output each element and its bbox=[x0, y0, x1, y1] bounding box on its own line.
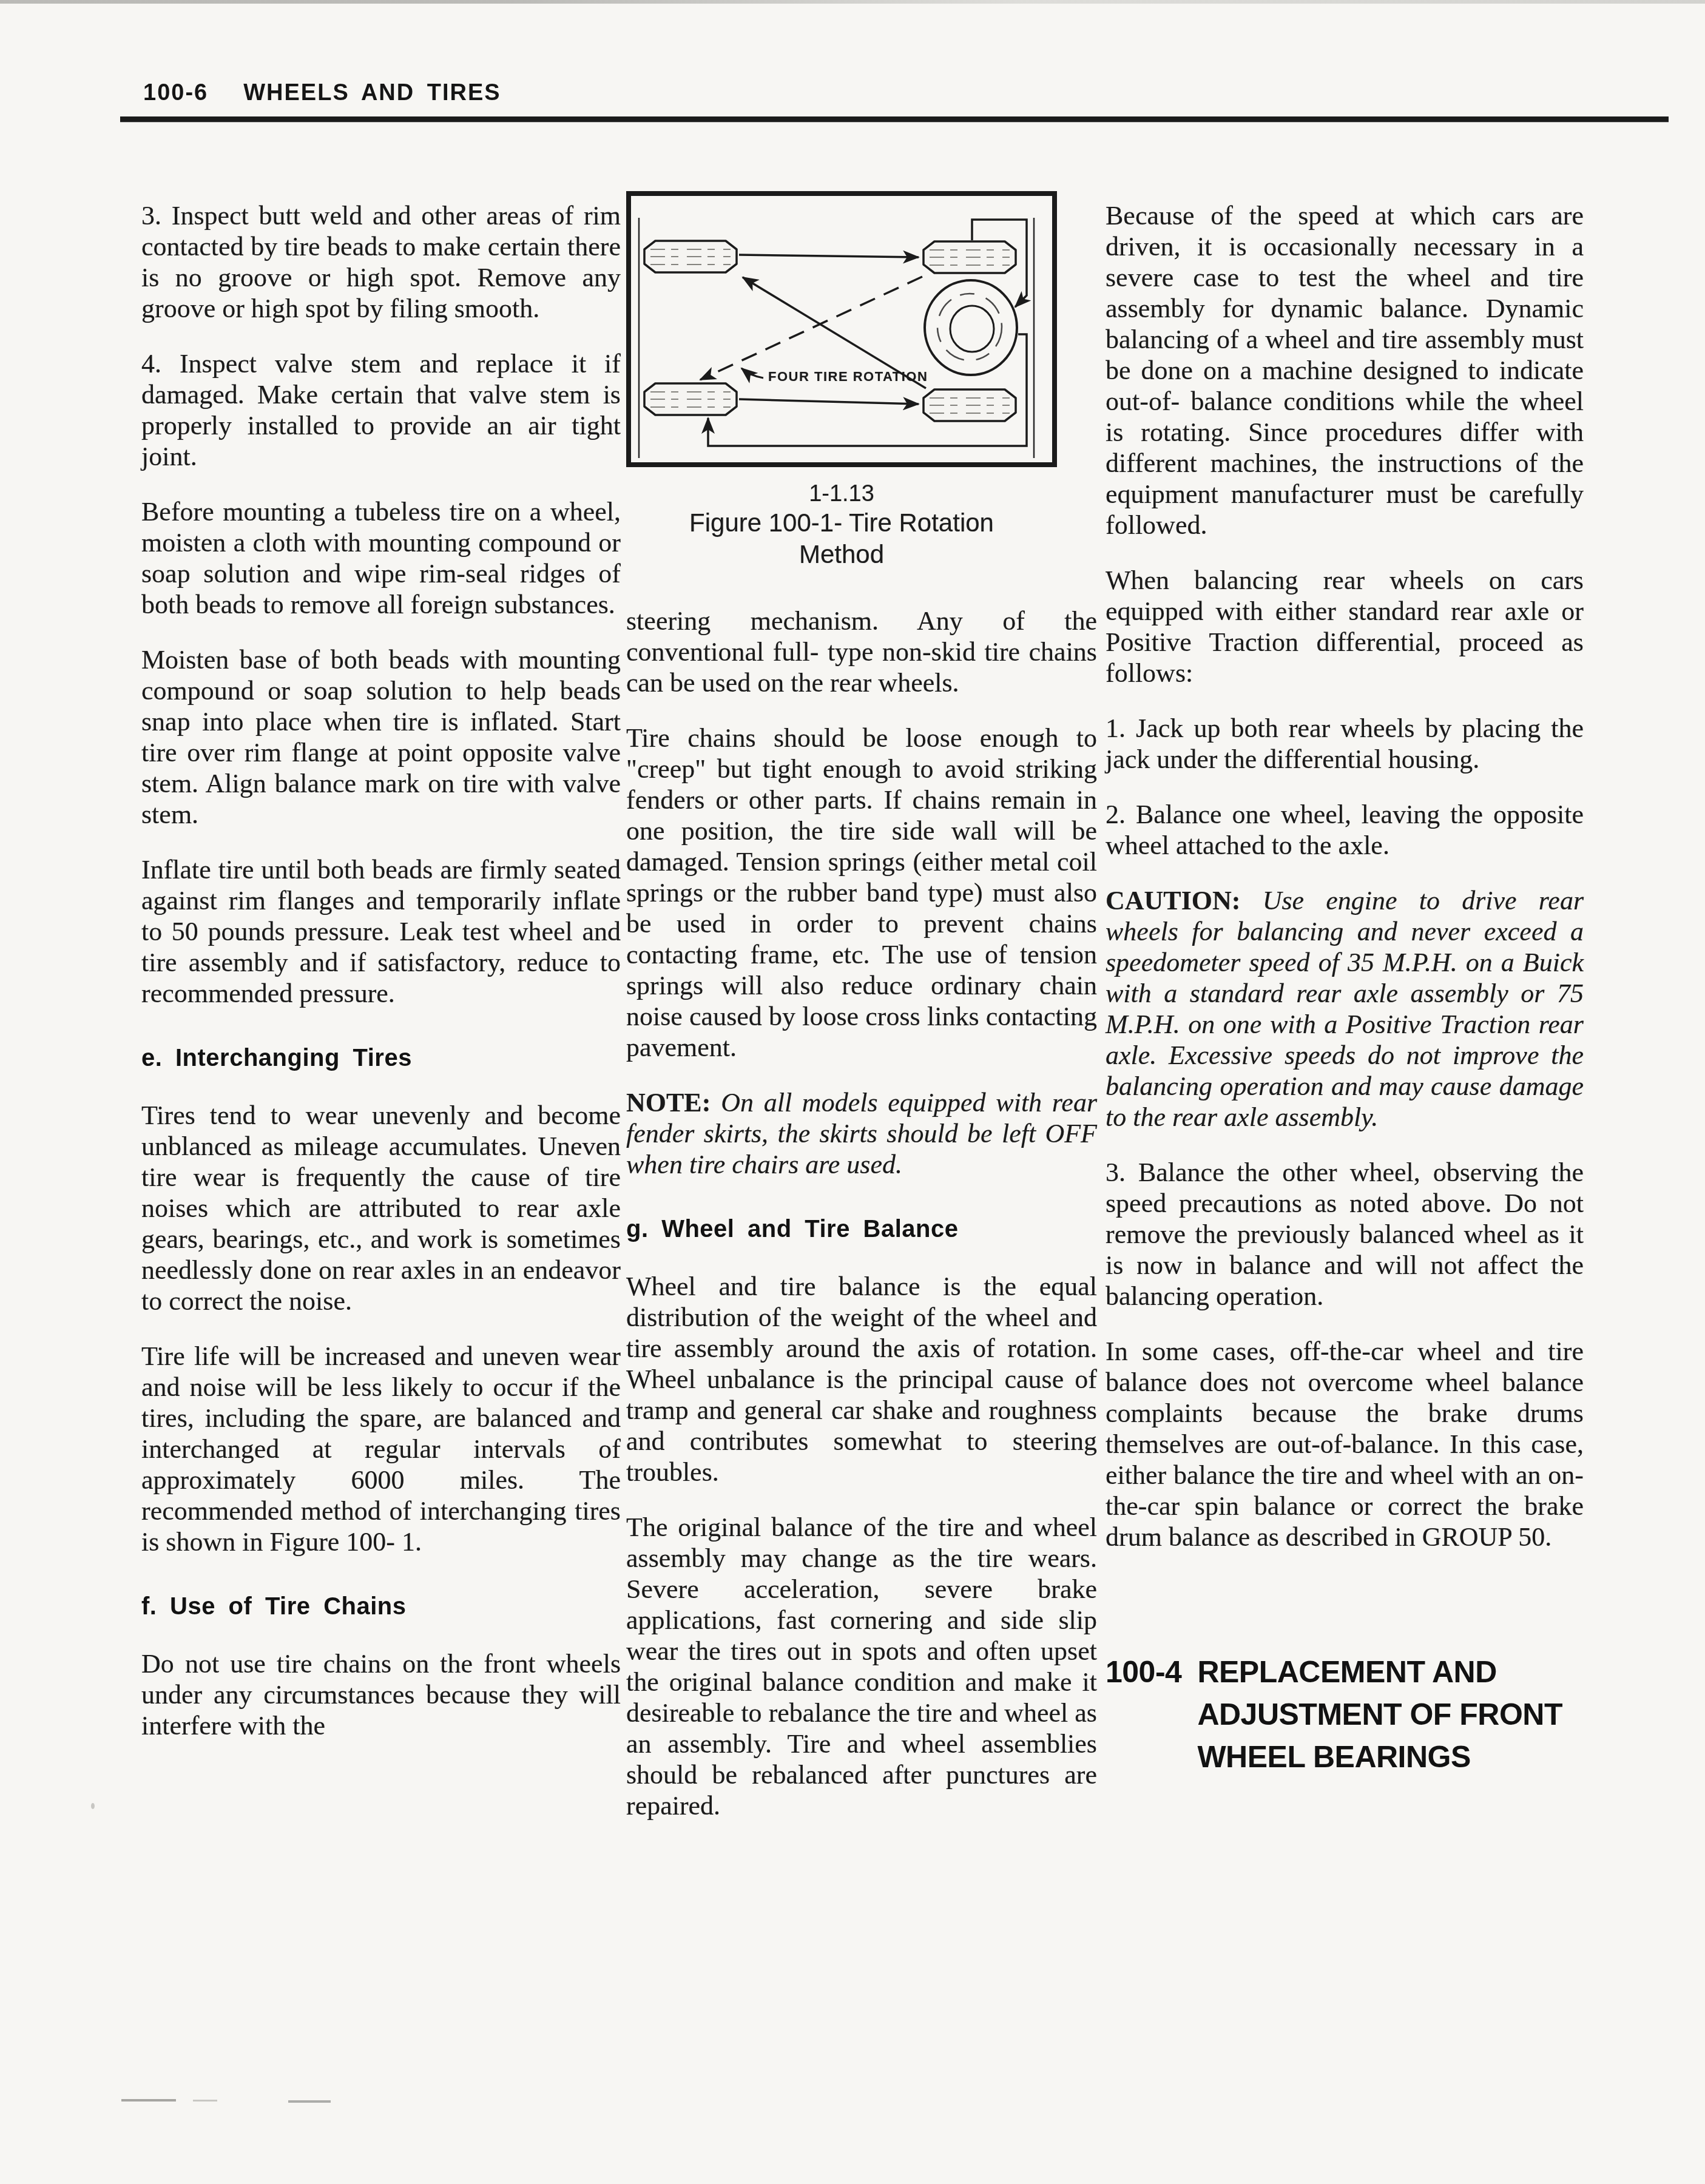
page-title: WHEELS AND TIRES bbox=[243, 80, 501, 106]
page-header: 100-6 WHEELS AND TIRES bbox=[143, 80, 501, 106]
spare-tire bbox=[925, 280, 1017, 375]
section-title: REPLACEMENT AND ADJUSTMENT OF FRONT WHEE… bbox=[1197, 1651, 1562, 1778]
arrow-rear-pair bbox=[739, 399, 919, 404]
page-number: 100-6 bbox=[143, 80, 208, 106]
four-tire-rotation-label: FOUR TIRE ROTATION bbox=[768, 369, 928, 384]
note-paragraph: NOTE: On all models equipped with rear f… bbox=[626, 1087, 1097, 1180]
col1-paragraph-7: Tire life will be increased and uneven w… bbox=[141, 1341, 621, 1557]
label-pointer-arrow bbox=[741, 368, 763, 378]
section-number: 100-4 bbox=[1106, 1651, 1181, 1778]
col2-paragraph-2: Tire chains should be loose enough to "c… bbox=[626, 723, 1097, 1063]
subheading-interchanging-tires: e. Interchanging Tires bbox=[141, 1044, 621, 1072]
arrow-front-pair bbox=[739, 255, 919, 257]
scan-artifact-speck bbox=[91, 1803, 95, 1809]
subheading-use-of-tire-chains: f. Use of Tire Chains bbox=[141, 1592, 621, 1620]
caution-label: CAUTION: bbox=[1106, 886, 1240, 915]
column-left: 3. Inspect butt weld and other areas of … bbox=[141, 200, 621, 1765]
figure-caption-id: 1-1.13 bbox=[626, 480, 1057, 507]
col2-paragraph-4: The original balance of the tire and whe… bbox=[626, 1512, 1097, 1821]
col1-paragraph-6: Tires tend to wear unevenly and become u… bbox=[141, 1100, 621, 1316]
figure-tire-rotation: FOUR TIRE ROTATION 1-1.13 Figure 100-1- … bbox=[626, 191, 1057, 570]
col1-paragraph-8: Do not use tire chains on the front whee… bbox=[141, 1648, 621, 1741]
column-right: Because of the speed at which cars are d… bbox=[1106, 200, 1584, 1778]
col1-paragraph-5: Inflate tire until both beads are firmly… bbox=[141, 854, 621, 1009]
col1-paragraph-1: 3. Inspect butt weld and other areas of … bbox=[141, 200, 621, 324]
figure-caption-line1: Figure 100-1- Tire Rotation bbox=[626, 507, 1057, 539]
subheading-wheel-and-tire-balance: g. Wheel and Tire Balance bbox=[626, 1215, 1097, 1243]
figure-caption-line2: Method bbox=[626, 539, 1057, 570]
scan-artifact-dash bbox=[193, 2100, 217, 2101]
scan-artifact-dash bbox=[288, 2100, 331, 2103]
col3-paragraph-4: 2. Balance one wheel, leaving the opposi… bbox=[1106, 799, 1584, 861]
note-label: NOTE: bbox=[626, 1088, 711, 1117]
col2-paragraph-3: Wheel and tire balance is the equal dist… bbox=[626, 1271, 1097, 1488]
col3-paragraph-5: 3. Balance the other wheel, observing th… bbox=[1106, 1157, 1584, 1312]
col1-paragraph-2: 4. Inspect valve stem and replace it if … bbox=[141, 348, 621, 472]
col3-paragraph-3: 1. Jack up both rear wheels by placing t… bbox=[1106, 713, 1584, 775]
section-title-line3: WHEEL BEARINGS bbox=[1197, 1736, 1562, 1778]
figure-caption: Figure 100-1- Tire Rotation Method bbox=[626, 507, 1057, 570]
column-middle: FOUR TIRE ROTATION 1-1.13 Figure 100-1- … bbox=[626, 191, 1097, 1845]
arrow-dashed-diagonal bbox=[700, 277, 922, 380]
header-rule bbox=[120, 116, 1669, 122]
scan-artifact-dash bbox=[121, 2099, 176, 2101]
col3-paragraph-6: In some cases, off-the-car wheel and tir… bbox=[1106, 1336, 1584, 1552]
col3-paragraph-1: Because of the speed at which cars are d… bbox=[1106, 200, 1584, 541]
section-title-line2: ADJUSTMENT OF FRONT bbox=[1197, 1693, 1562, 1736]
col1-paragraph-3: Before mounting a tubeless tire on a whe… bbox=[141, 496, 621, 620]
section-title-line1: REPLACEMENT AND bbox=[1197, 1651, 1562, 1693]
manual-page: 100-6 WHEELS AND TIRES 3. Inspect butt w… bbox=[0, 0, 1705, 2184]
col3-paragraph-2: When balancing rear wheels on cars equip… bbox=[1106, 565, 1584, 689]
section-heading-100-4: 100-4 REPLACEMENT AND ADJUSTMENT OF FRON… bbox=[1106, 1651, 1584, 1778]
caution-text: Use engine to drive rear wheels for bala… bbox=[1106, 886, 1584, 1132]
figure-border bbox=[629, 194, 1055, 465]
figure-diagram: FOUR TIRE ROTATION bbox=[626, 191, 1057, 467]
caution-paragraph: CAUTION: Use engine to drive rear wheels… bbox=[1106, 885, 1584, 1133]
col1-paragraph-4: Moisten base of both beads with mounting… bbox=[141, 644, 621, 830]
col2-paragraph-1: steering mechanism. Any of the conventio… bbox=[626, 605, 1097, 698]
